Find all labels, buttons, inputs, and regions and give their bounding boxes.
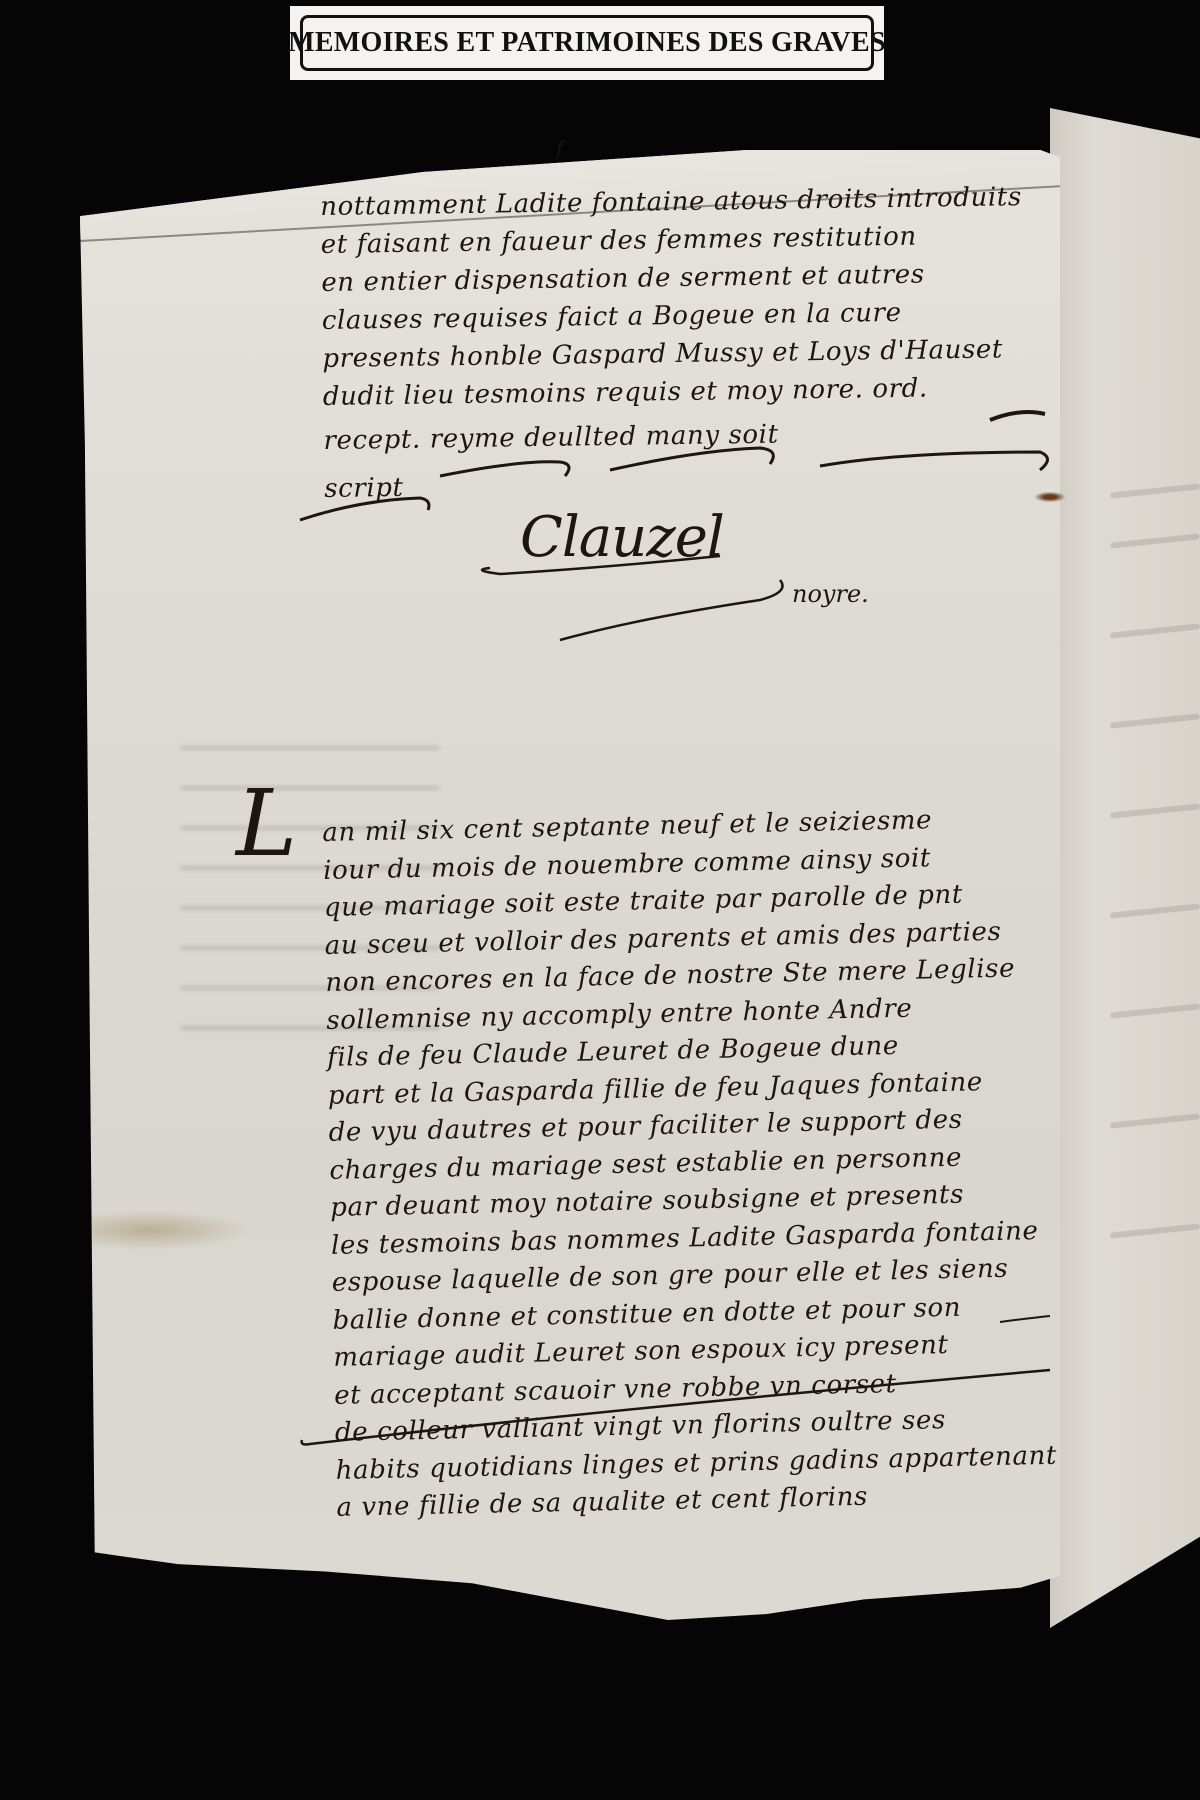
notary-signature: Clauzel <box>520 505 724 570</box>
notary-title: noyre. <box>792 580 869 608</box>
manuscript-line: recept. reyme deullted many soit <box>323 412 1025 460</box>
archive-label-text: MEMOIRES ET PATRIMOINES DES GRAVES <box>300 15 874 71</box>
drop-cap-letter: L <box>236 778 297 870</box>
back-sheet <box>1050 108 1200 1628</box>
water-stain <box>82 1210 252 1250</box>
archive-label: MEMOIRES ET PATRIMOINES DES GRAVES <box>290 6 884 80</box>
ink-blot <box>1035 492 1065 502</box>
text-block-marriage-contract: an mil six cent septante neuf et le seiz… <box>322 800 1058 1527</box>
page-mark: f <box>556 136 563 160</box>
text-block-closing-clause: nottamment Ladite fontaine atous droits … <box>320 178 1026 508</box>
